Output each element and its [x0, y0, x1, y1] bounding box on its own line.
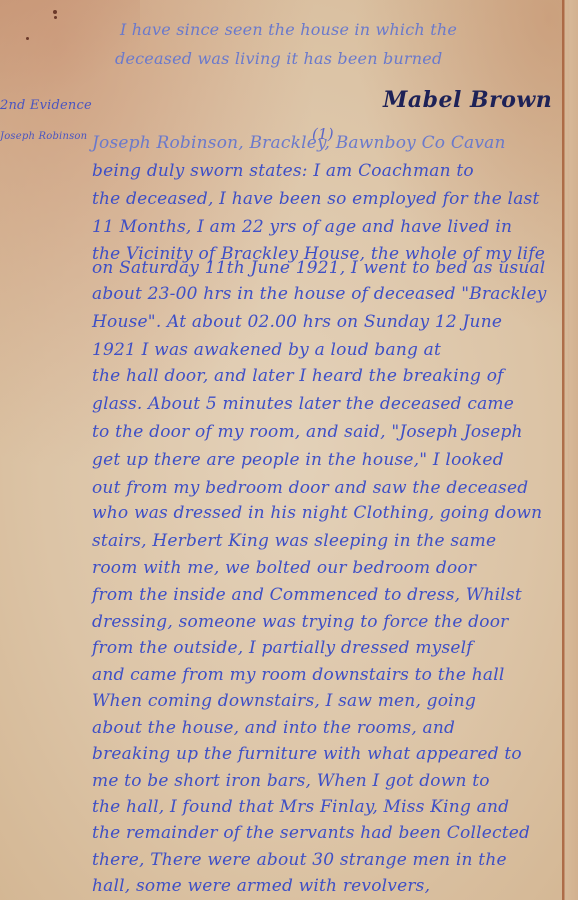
body-line: the deceased, I have been so employed fo… [92, 189, 539, 209]
margin-evidence-label: 2nd Evidence [0, 98, 92, 113]
body-line: room with me, we bolted our bedroom door [92, 558, 476, 578]
body-line: being duly sworn states: I am Coachman t… [92, 161, 474, 181]
header-line: I have since seen the house in which the [120, 20, 457, 40]
signature: Mabel Brown [383, 87, 552, 113]
body-line: and came from my room downstairs to the … [92, 665, 505, 685]
paper-right-edge [562, 0, 578, 900]
body-line: to the door of my room, and said, "Josep… [92, 422, 523, 442]
body-line: about 23-00 hrs in the house of deceased… [92, 284, 547, 304]
body-line: there, There were about 30 strange men i… [92, 850, 507, 870]
body-line: from the inside and Commenced to dress, … [92, 585, 522, 605]
body-line: from the outside, I partially dressed my… [92, 638, 473, 658]
body-line: breaking up the furniture with what appe… [92, 744, 522, 764]
body-line: get up there are people in the house," I… [92, 450, 504, 470]
body-line: out from my bedroom door and saw the dec… [92, 478, 528, 498]
body-line: stairs, Herbert King was sleeping in the… [92, 531, 496, 551]
body-line: dressing, someone was trying to force th… [92, 612, 508, 632]
body-line: the hall, I found that Mrs Finlay, Miss … [92, 797, 509, 817]
body-line: about the house, and into the rooms, and [92, 718, 455, 738]
body-line: Joseph Robinson, Brackley, Bawnboy Co Ca… [92, 133, 506, 153]
body-line: 11 Months, I am 22 yrs of age and have l… [92, 217, 512, 237]
ink-spot [26, 37, 29, 40]
body-line: on Saturday 11th June 1921, I went to be… [92, 258, 545, 278]
document-page: I have since seen the house in which the… [0, 0, 578, 900]
header-line: deceased was living it has been burned [115, 49, 442, 69]
body-line: who was dressed in his night Clothing, g… [92, 503, 542, 523]
body-line: glass. About 5 minutes later the decease… [92, 394, 514, 414]
body-line: the remainder of the servants had been C… [92, 823, 530, 843]
body-line: me to be short iron bars, When I got dow… [92, 771, 490, 791]
body-line: House". At about 02.00 hrs on Sunday 12 … [92, 312, 502, 332]
margin-witness-name: Joseph Robinson [0, 131, 87, 142]
body-line: the hall door, and later I heard the bre… [92, 366, 504, 386]
body-line: 1921 I was awakened by a loud bang at [92, 340, 441, 360]
ink-spot [53, 10, 57, 14]
ink-spot [54, 16, 57, 19]
body-line: When coming downstairs, I saw men, going [92, 691, 476, 711]
body-line: hall, some were armed with revolvers, [92, 876, 430, 896]
